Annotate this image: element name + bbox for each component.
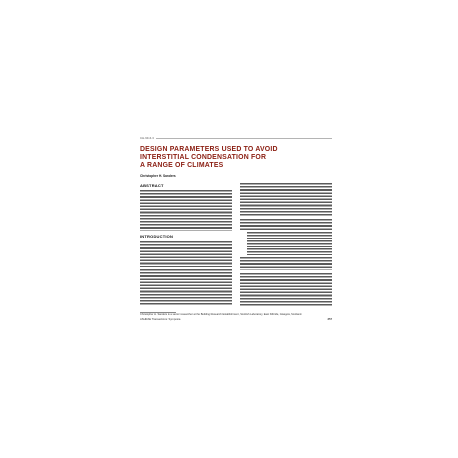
paper-header-row: CH-99-6-3 xyxy=(140,137,332,141)
right-column xyxy=(240,183,332,308)
footnote-text: Christopher H. Sanders is a senior resea… xyxy=(140,314,332,317)
page-footer: ASHRAE Transactions: Symposia 357 xyxy=(140,318,332,321)
paper-page: CH-99-6-3 DESIGN PARAMETERS USED TO AVOI… xyxy=(116,84,344,378)
footer-journal: ASHRAE Transactions: Symposia xyxy=(140,318,180,321)
list-item-a xyxy=(247,232,332,239)
body-paragraph xyxy=(240,183,332,216)
paper-code: CH-99-6-3 xyxy=(140,137,154,140)
paper-title: DESIGN PARAMETERS USED TO AVOID INTERSTI… xyxy=(140,146,332,171)
list-item-c xyxy=(247,248,332,255)
paper-title-line-1: DESIGN PARAMETERS USED TO AVOID xyxy=(140,146,332,154)
body-paragraph xyxy=(140,269,232,306)
paper-title-line-2: INTERSTITIAL CONDENSATION FOR xyxy=(140,154,332,162)
body-paragraph xyxy=(140,241,232,267)
left-column: ABSTRACT INTRODUCTION xyxy=(140,183,232,308)
header-rule xyxy=(156,138,332,139)
introduction-heading: INTRODUCTION xyxy=(140,234,232,239)
paper-content: CH-99-6-3 DESIGN PARAMETERS USED TO AVOI… xyxy=(140,137,332,321)
author-name: Christopher H. Sanders xyxy=(140,175,332,179)
body-paragraph xyxy=(240,257,332,270)
body-paragraph xyxy=(240,219,332,230)
abstract-heading: ABSTRACT xyxy=(140,183,232,188)
footer-page-number: 357 xyxy=(328,318,332,321)
list-item-b xyxy=(247,240,332,247)
two-column-body: ABSTRACT INTRODUCTION xyxy=(140,183,332,308)
abstract-text xyxy=(140,190,232,231)
body-paragraph xyxy=(240,273,332,306)
paper-title-line-3: A RANGE OF CLIMATES xyxy=(140,162,332,170)
